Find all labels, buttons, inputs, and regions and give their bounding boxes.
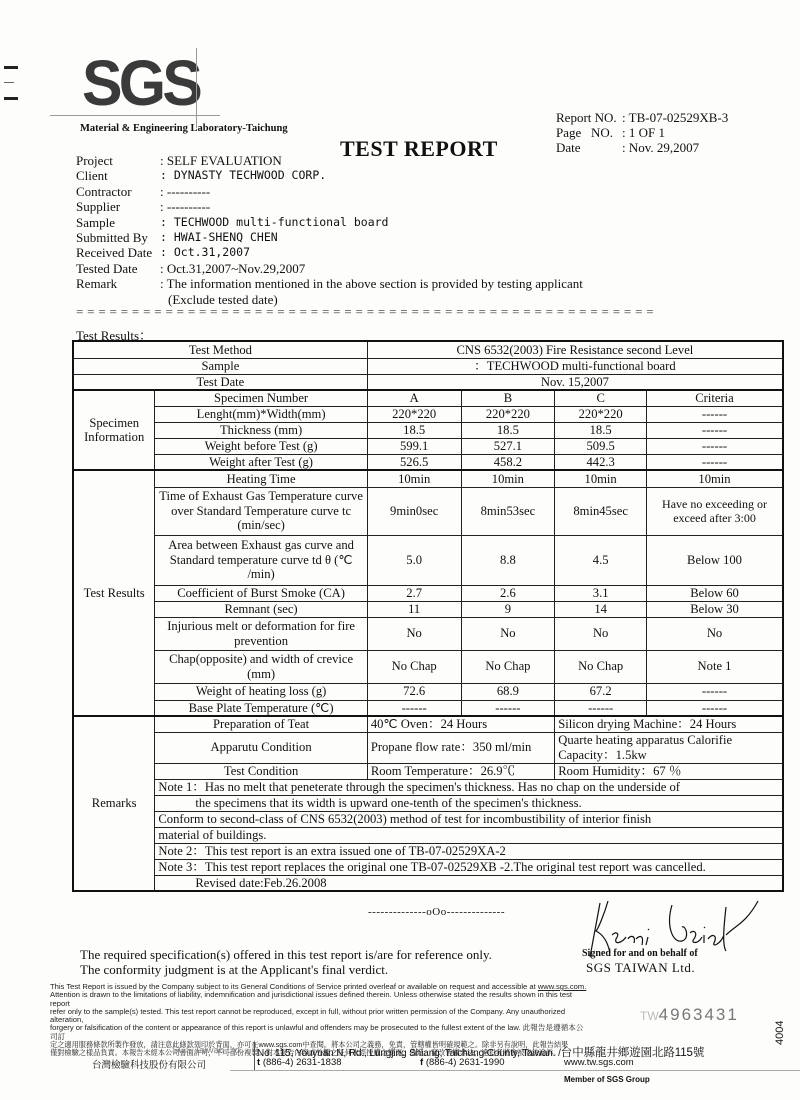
table-row: Conform to second-class of CNS 6532(2003… (73, 811, 783, 827)
footer-company-en: SGS Taiwan Ltd. (172, 1045, 243, 1056)
table-row: Injurious melt or deformation for fire p… (73, 617, 783, 650)
cell-a: 9min0sec (367, 487, 461, 535)
table-row: Weight after Test (g) 526.5 458.2 442.3 … (73, 454, 783, 470)
note-2: Note 2：This test report is an extra issu… (155, 843, 783, 859)
table-row: Note 3：This test report replaces the ori… (73, 859, 783, 875)
cell-b: 10min (461, 470, 555, 487)
cell-b: 8.8 (461, 535, 555, 585)
cell-b: 527.1 (461, 438, 555, 454)
row-label: Base Plate Temperature (℃) (155, 700, 367, 716)
column-header: C (555, 390, 647, 406)
cell-criteria: ------ (647, 406, 783, 422)
table-row: the specimens that its width is upward o… (73, 795, 783, 811)
revised-date: Revised date:Feb.26.2008 (155, 875, 783, 891)
table-row: Weight of heating loss (g) 72.6 68.9 67.… (73, 683, 783, 700)
sample-value: ：TECHWOOD multi-functional board (367, 358, 783, 374)
test-results-group: Test Results (73, 470, 155, 716)
fine-print-line: Attention is drawn to the limitations of… (50, 991, 590, 1008)
separator: = = = = = = = = = = = = = = = = = = = = … (76, 304, 654, 320)
cell-b: 68.9 (461, 683, 555, 700)
cell-b: 2.6 (461, 585, 555, 601)
cell-criteria: No (647, 617, 783, 650)
remark-left: 40℃ Oven：24 Hours (367, 716, 554, 732)
row-label: Area between Exhaust gas curve and Stand… (155, 535, 367, 585)
cell-c: 509.5 (555, 438, 647, 454)
signed-for-label: Signed for and on behalf of (582, 948, 698, 959)
serial-number: TW4963431 (640, 1005, 739, 1025)
table-row: Note 2：This test report is an extra issu… (73, 843, 783, 859)
footer-rule (230, 1070, 800, 1071)
fine-print-line: forgery or falsification of the content … (50, 1024, 590, 1041)
row-label: Lenght(mm)*Width(mm) (155, 406, 367, 422)
table-row: Sample ：TECHWOOD multi-functional board (73, 358, 783, 374)
margin-mark (4, 97, 18, 100)
cell-a: No Chap (367, 650, 461, 683)
laboratory-name: Material & Engineering Laboratory-Taichu… (80, 123, 288, 134)
cell-c: 220*220 (555, 406, 647, 422)
cell-b: No (461, 617, 555, 650)
table-row: Revised date:Feb.26.2008 (73, 875, 783, 891)
table-row: Note 1：Has no melt that peneterate throu… (73, 779, 783, 795)
column-header: Specimen Number (155, 390, 367, 406)
cell-criteria: ------ (647, 422, 783, 438)
table-row: Remarks Preparation of Teat 40℃ Oven：24 … (73, 716, 783, 732)
test-results-table: Test Method CNS 6532(2003) Fire Resistan… (72, 340, 784, 892)
conform-statement-continued: material of buildings. (155, 827, 783, 843)
table-row: Lenght(mm)*Width(mm) 220*220 220*220 220… (73, 406, 783, 422)
footer-divider (254, 1042, 255, 1070)
note-3: Note 3：This test report replaces the ori… (155, 859, 783, 875)
footer-telephone: t (886-4) 2631-1838 (257, 1057, 342, 1068)
cell-b: 9 (461, 601, 555, 617)
conform-statement: Conform to second-class of CNS 6532(2003… (155, 811, 783, 827)
margin-mark (4, 82, 14, 83)
cell-a: 2.7 (367, 585, 461, 601)
cell-b: 220*220 (461, 406, 555, 422)
cell-c: 8min45sec (555, 487, 647, 535)
cell-criteria: Note 1 (647, 650, 783, 683)
row-label: Weight after Test (g) (155, 454, 367, 470)
cell-criteria: ------ (647, 438, 783, 454)
specimen-info-group: Specimen Information (73, 390, 155, 470)
row-label: Coefficient of Burst Smoke (CA) (155, 585, 367, 601)
table-row: Area between Exhaust gas curve and Stand… (73, 535, 783, 585)
test-method-label: Test Method (73, 341, 367, 358)
fine-print-line: refer only to the sample(s) tested. This… (50, 1008, 590, 1025)
page-number: Page NO.: 1 OF 1 (556, 125, 728, 140)
cell-c: 67.2 (555, 683, 647, 700)
row-label: Test Condition (155, 763, 367, 779)
cell-a: ------ (367, 700, 461, 716)
test-date-label: Test Date (73, 374, 367, 390)
info-supplier: Supplier: ---------- (76, 199, 583, 214)
info-sample: Sample: TECHWOOD multi-functional board (76, 215, 583, 230)
cell-criteria: 10min (647, 470, 783, 487)
disclaimer-line: The conformity judgment is at the Applic… (80, 962, 492, 977)
info-contractor: Contractor: ---------- (76, 184, 583, 199)
logo-text: SGS (82, 50, 196, 116)
cell-c: 10min (555, 470, 647, 487)
table-row: Remnant (sec) 11 9 14 Below 30 (73, 601, 783, 617)
sample-label: Sample (73, 358, 367, 374)
cell-b: 18.5 (461, 422, 555, 438)
note-1-continued: the specimens that its width is upward o… (155, 795, 783, 811)
cell-a: 220*220 (367, 406, 461, 422)
footer-company-zh: 台灣檢驗科技股份有限公司 (92, 1057, 206, 1071)
cell-a: 526.5 (367, 454, 461, 470)
table-row: Thickness (mm) 18.5 18.5 18.5 ------ (73, 422, 783, 438)
table-row: Test Condition Room Temperature：26.9℃ Ro… (73, 763, 783, 779)
cell-criteria: Below 100 (647, 535, 783, 585)
margin-mark (4, 66, 18, 69)
member-of-sgs-group: Member of SGS Group (564, 1075, 650, 1084)
info-client: Client: DYNASTY TECHWOOD CORP. (76, 168, 583, 183)
cell-criteria: ------ (647, 683, 783, 700)
report-number: Report NO.: TB-07-02529XB-3 (556, 110, 728, 125)
table-row: Coefficient of Burst Smoke (CA) 2.7 2.6 … (73, 585, 783, 601)
row-label: Remnant (sec) (155, 601, 367, 617)
signing-company: SGS TAIWAN Ltd. (586, 960, 695, 976)
cell-b: 8min53sec (461, 487, 555, 535)
table-row: Chap(opposite) and width of crevice (mm)… (73, 650, 783, 683)
row-label: Time of Exhaust Gas Temperature curve ov… (155, 487, 367, 535)
cell-criteria: Below 60 (647, 585, 783, 601)
cell-c: 442.3 (555, 454, 647, 470)
note-1: Note 1：Has no melt that peneterate throu… (155, 779, 783, 795)
table-row: Test Method CNS 6532(2003) Fire Resistan… (73, 341, 783, 358)
table-row: Time of Exhaust Gas Temperature curve ov… (73, 487, 783, 535)
cell-criteria: Below 30 (647, 601, 783, 617)
disclaimer-line: The required specification(s) offered in… (80, 947, 492, 962)
info-submitted-by: Submitted By: HWAI-SHENQ CHEN (76, 230, 583, 245)
cell-b: No Chap (461, 650, 555, 683)
side-number: 4004 (774, 1021, 786, 1045)
row-label: Weight before Test (g) (155, 438, 367, 454)
cell-b: ------ (461, 700, 555, 716)
end-of-report-mark: --------------oOo-------------- (368, 906, 505, 918)
disclaimer: The required specification(s) offered in… (80, 947, 492, 977)
cell-c: 14 (555, 601, 647, 617)
logo-rule (50, 115, 220, 116)
cell-c: No Chap (555, 650, 647, 683)
cell-a: 11 (367, 601, 461, 617)
test-date-value: Nov. 15,2007 (367, 374, 783, 390)
remark-left: Propane flow rate：350 ml/min (367, 732, 554, 763)
remark-right: Silicon drying Machine：24 Hours (555, 716, 783, 732)
cell-criteria: ------ (647, 454, 783, 470)
column-header: Criteria (647, 390, 783, 406)
table-row: Test Results Heating Time 10min 10min 10… (73, 470, 783, 487)
row-label: Apparutu Condition (155, 732, 367, 763)
cell-criteria: ------ (647, 700, 783, 716)
logo-rule (196, 48, 197, 128)
test-method-value: CNS 6532(2003) Fire Resistance second Le… (367, 341, 783, 358)
row-label: Weight of heating loss (g) (155, 683, 367, 700)
table-row: Apparutu Condition Propane flow rate：350… (73, 732, 783, 763)
cell-c: No (555, 617, 647, 650)
cell-c: 3.1 (555, 585, 647, 601)
cell-c: ------ (555, 700, 647, 716)
row-label: Chap(opposite) and width of crevice (mm) (155, 650, 367, 683)
remark-right: Room Humidity：67 ％ (555, 763, 783, 779)
footer-fax: f (886-4) 2631-1990 (420, 1057, 505, 1068)
info-remark: Remark: The information mentioned in the… (76, 276, 583, 291)
table-row: Weight before Test (g) 599.1 527.1 509.5… (73, 438, 783, 454)
cell-a: 5.0 (367, 535, 461, 585)
remark-right: Quarte heating apparatus Calorifie Capac… (555, 732, 783, 763)
cell-c: 18.5 (555, 422, 647, 438)
table-header-row: Specimen Information Specimen Number A B… (73, 390, 783, 406)
table-row: Base Plate Temperature (℃) ------ ------… (73, 700, 783, 716)
report-meta: Report NO.: TB-07-02529XB-3 Page NO.: 1 … (556, 110, 728, 155)
row-label: Injurious melt or deformation for fire p… (155, 617, 367, 650)
cell-c: 4.5 (555, 535, 647, 585)
cell-a: 72.6 (367, 683, 461, 700)
footer-website[interactable]: www.tw.sgs.com (564, 1057, 634, 1068)
report-info: Project: SELF EVALUATION Client: DYNASTY… (76, 153, 583, 307)
sgs-logo: SGS (82, 50, 202, 116)
row-label: Preparation of Teat (155, 716, 367, 732)
row-label: Thickness (mm) (155, 422, 367, 438)
cell-a: 599.1 (367, 438, 461, 454)
cell-b: 458.2 (461, 454, 555, 470)
table-row: Test Date Nov. 15,2007 (73, 374, 783, 390)
cell-a: No (367, 617, 461, 650)
info-tested-date: Tested Date: Oct.31,2007~Nov.29,2007 (76, 261, 583, 276)
row-label: Heating Time (155, 470, 367, 487)
info-received-date: Received Date: Oct.31,2007 (76, 245, 583, 260)
column-header: A (367, 390, 461, 406)
info-project: Project: SELF EVALUATION (76, 153, 583, 168)
cell-a: 10min (367, 470, 461, 487)
remarks-group: Remarks (73, 716, 155, 891)
table-row: material of buildings. (73, 827, 783, 843)
cell-a: 18.5 (367, 422, 461, 438)
remark-left: Room Temperature：26.9℃ (367, 763, 554, 779)
cell-criteria: Have no exceeding or exceed after 3:00 (647, 487, 783, 535)
column-header: B (461, 390, 555, 406)
